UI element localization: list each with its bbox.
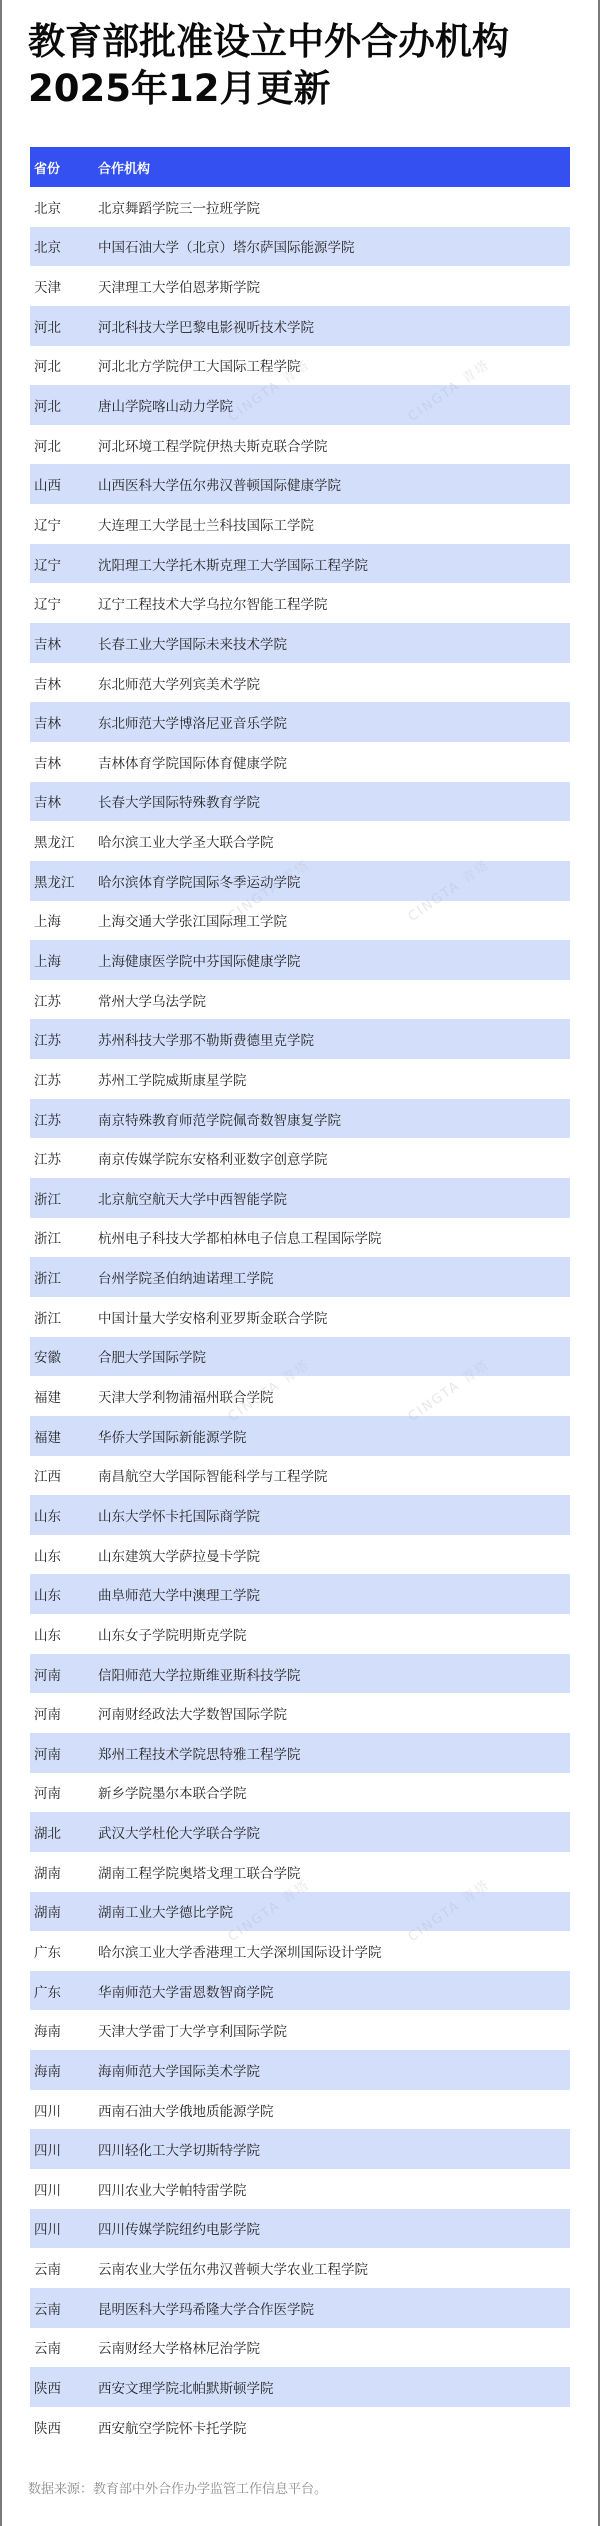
institutions-table: 省份 合作机构 北京北京舞蹈学院三一拉班学院北京中国石油大学（北京）塔尔萨国际能…: [30, 147, 570, 2447]
table-row: 黑龙江哈尔滨工业大学圣大联合学院: [30, 821, 570, 861]
institution-cell: 北京舞蹈学院三一拉班学院: [98, 197, 570, 217]
institution-cell: 上海交通大学张江国际理工学院: [98, 910, 570, 930]
province-cell: 吉林: [30, 752, 98, 772]
province-cell: 江西: [30, 1465, 98, 1485]
institution-cell: 华侨大学国际新能源学院: [98, 1426, 570, 1446]
institution-cell: 武汉大学杜伦大学联合学院: [98, 1822, 570, 1842]
institution-cell: 郑州工程技术学院思特雅工程学院: [98, 1743, 570, 1763]
table-row: 北京中国石油大学（北京）塔尔萨国际能源学院: [30, 227, 570, 267]
institution-cell: 天津大学利物浦福州联合学院: [98, 1386, 570, 1406]
table-row: 山东山东建筑大学萨拉曼卡学院: [30, 1535, 570, 1575]
table-row: 浙江台州学院圣伯纳迪诺理工学院: [30, 1257, 570, 1297]
table-row: 江西南昌航空大学国际智能科学与工程学院: [30, 1456, 570, 1496]
institution-cell: 辽宁工程技术大学乌拉尔智能工程学院: [98, 593, 570, 613]
table-row: 上海上海健康医学院中芬国际健康学院: [30, 940, 570, 980]
table-row: 山西山西医科大学伍尔弗汉普顿国际健康学院: [30, 464, 570, 504]
province-cell: 吉林: [30, 791, 98, 811]
province-cell: 浙江: [30, 1307, 98, 1327]
table-row: 陕西西安航空学院怀卡托学院: [30, 2407, 570, 2447]
institution-cell: 湖南工程学院奥塔戈理工联合学院: [98, 1862, 570, 1882]
province-cell: 河北: [30, 395, 98, 415]
table-row: 湖南湖南工程学院奥塔戈理工联合学院: [30, 1852, 570, 1892]
province-cell: 吉林: [30, 673, 98, 693]
province-cell: 浙江: [30, 1267, 98, 1287]
institution-cell: 哈尔滨工业大学香港理工大学深圳国际设计学院: [98, 1941, 570, 1961]
institution-cell: 东北师范大学博洛尼亚音乐学院: [98, 712, 570, 732]
institution-cell: 湖南工业大学德比学院: [98, 1901, 570, 1921]
province-cell: 山东: [30, 1505, 98, 1525]
institution-cell: 河北北方学院伊工大国际工程学院: [98, 355, 570, 375]
table-row: 北京北京舞蹈学院三一拉班学院: [30, 187, 570, 227]
province-cell: 云南: [30, 2337, 98, 2357]
institution-cell: 哈尔滨工业大学圣大联合学院: [98, 831, 570, 851]
column-header-institution: 合作机构: [98, 158, 570, 177]
table-row: 浙江北京航空航天大学中西智能学院: [30, 1178, 570, 1218]
table-row: 广东哈尔滨工业大学香港理工大学深圳国际设计学院: [30, 1931, 570, 1971]
province-cell: 黑龙江: [30, 871, 98, 891]
institution-cell: 山东建筑大学萨拉曼卡学院: [98, 1545, 570, 1565]
institution-cell: 四川农业大学帕特雷学院: [98, 2179, 570, 2199]
table-row: 海南天津大学雷丁大学亨利国际学院: [30, 2010, 570, 2050]
table-row: 黑龙江哈尔滨体育学院国际冬季运动学院: [30, 861, 570, 901]
table-row: 浙江杭州电子科技大学都柏林电子信息工程国际学院: [30, 1218, 570, 1258]
province-cell: 江苏: [30, 990, 98, 1010]
institution-cell: 台州学院圣伯纳迪诺理工学院: [98, 1267, 570, 1287]
province-cell: 上海: [30, 910, 98, 930]
province-cell: 吉林: [30, 633, 98, 653]
table-row: 上海上海交通大学张江国际理工学院: [30, 901, 570, 941]
data-source-note: 数据来源：教育部中外合作办学监管工作信息平台。: [28, 2478, 327, 2497]
table-row: 辽宁辽宁工程技术大学乌拉尔智能工程学院: [30, 583, 570, 623]
province-cell: 安徽: [30, 1346, 98, 1366]
table-row: 江苏南京传媒学院东安格利亚数字创意学院: [30, 1138, 570, 1178]
province-cell: 福建: [30, 1426, 98, 1446]
institution-cell: 天津大学雷丁大学亨利国际学院: [98, 2020, 570, 2040]
province-cell: 山东: [30, 1545, 98, 1565]
table-row: 河南郑州工程技术学院思特雅工程学院: [30, 1733, 570, 1773]
institution-cell: 昆明医科大学玛希隆大学合作医学院: [98, 2298, 570, 2318]
table-row: 云南云南农业大学伍尔弗汉普顿大学农业工程学院: [30, 2248, 570, 2288]
institution-cell: 沈阳理工大学托木斯克理工大学国际工程学院: [98, 554, 570, 574]
table-row: 四川西南石油大学俄地质能源学院: [30, 2090, 570, 2130]
table-row: 四川四川轻化工大学切斯特学院: [30, 2129, 570, 2169]
province-cell: 黑龙江: [30, 831, 98, 851]
province-cell: 广东: [30, 1941, 98, 1961]
institution-cell: 苏州工学院威斯康星学院: [98, 1069, 570, 1089]
institution-cell: 东北师范大学列宾美术学院: [98, 673, 570, 693]
province-cell: 江苏: [30, 1069, 98, 1089]
institution-cell: 常州大学乌法学院: [98, 990, 570, 1010]
province-cell: 海南: [30, 2060, 98, 2080]
institution-cell: 四川轻化工大学切斯特学院: [98, 2139, 570, 2159]
institution-cell: 北京航空航天大学中西智能学院: [98, 1188, 570, 1208]
institution-cell: 南京传媒学院东安格利亚数字创意学院: [98, 1148, 570, 1168]
table-row: 河南新乡学院墨尔本联合学院: [30, 1773, 570, 1813]
province-cell: 吉林: [30, 712, 98, 732]
province-cell: 河南: [30, 1743, 98, 1763]
table-row: 辽宁大连理工大学昆士兰科技国际工学院: [30, 504, 570, 544]
table-row: 陕西西安文理学院北帕默斯顿学院: [30, 2367, 570, 2407]
institution-cell: 合肥大学国际学院: [98, 1346, 570, 1366]
province-cell: 江苏: [30, 1109, 98, 1129]
table-row: 河南河南财经政法大学数智国际学院: [30, 1693, 570, 1733]
institution-cell: 苏州科技大学那不勒斯费德里克学院: [98, 1029, 570, 1049]
province-cell: 陕西: [30, 2417, 98, 2437]
institution-cell: 上海健康医学院中芬国际健康学院: [98, 950, 570, 970]
province-cell: 江苏: [30, 1148, 98, 1168]
province-cell: 河北: [30, 355, 98, 375]
province-cell: 河北: [30, 435, 98, 455]
province-cell: 海南: [30, 2020, 98, 2040]
province-cell: 河北: [30, 316, 98, 336]
institution-cell: 山东大学怀卡托国际商学院: [98, 1505, 570, 1525]
institution-cell: 西安文理学院北帕默斯顿学院: [98, 2377, 570, 2397]
table-row: 吉林吉林体育学院国际体育健康学院: [30, 742, 570, 782]
institution-cell: 河北环境工程学院伊热夫斯克联合学院: [98, 435, 570, 455]
province-cell: 四川: [30, 2100, 98, 2120]
table-row: 辽宁沈阳理工大学托木斯克理工大学国际工程学院: [30, 544, 570, 584]
province-cell: 河南: [30, 1664, 98, 1684]
table-row: 河南信阳师范大学拉斯维亚斯科技学院: [30, 1654, 570, 1694]
province-cell: 福建: [30, 1386, 98, 1406]
table-row: 湖南湖南工业大学德比学院: [30, 1892, 570, 1932]
province-cell: 山西: [30, 474, 98, 494]
table-row: 广东华南师范大学雷恩数智商学院: [30, 1971, 570, 2011]
province-cell: 湖北: [30, 1822, 98, 1842]
table-row: 福建天津大学利物浦福州联合学院: [30, 1376, 570, 1416]
province-cell: 浙江: [30, 1227, 98, 1247]
province-cell: 山东: [30, 1624, 98, 1644]
institution-cell: 中国计量大学安格利亚罗斯金联合学院: [98, 1307, 570, 1327]
institution-cell: 中国石油大学（北京）塔尔萨国际能源学院: [98, 236, 570, 256]
institution-cell: 南昌航空大学国际智能科学与工程学院: [98, 1465, 570, 1485]
institution-cell: 河北科技大学巴黎电影视听技术学院: [98, 316, 570, 336]
institution-cell: 云南财经大学格林尼治学院: [98, 2337, 570, 2357]
table-row: 河北河北北方学院伊工大国际工程学院: [30, 346, 570, 386]
province-cell: 北京: [30, 197, 98, 217]
province-cell: 云南: [30, 2258, 98, 2278]
table-row: 江苏常州大学乌法学院: [30, 980, 570, 1020]
title-line-2: 2025年12月更新: [28, 65, 588, 112]
institution-cell: 曲阜师范大学中澳理工学院: [98, 1584, 570, 1604]
table-row: 江苏南京特殊教育师范学院佩奇数智康复学院: [30, 1099, 570, 1139]
table-row: 河北河北环境工程学院伊热夫斯克联合学院: [30, 425, 570, 465]
institution-cell: 四川传媒学院纽约电影学院: [98, 2218, 570, 2238]
institution-cell: 长春工业大学国际未来技术学院: [98, 633, 570, 653]
institution-cell: 新乡学院墨尔本联合学院: [98, 1782, 570, 1802]
table-row: 福建华侨大学国际新能源学院: [30, 1416, 570, 1456]
table-row: 江苏苏州科技大学那不勒斯费德里克学院: [30, 1019, 570, 1059]
table-body: 北京北京舞蹈学院三一拉班学院北京中国石油大学（北京）塔尔萨国际能源学院天津天津理…: [30, 187, 570, 2447]
table-header: 省份 合作机构: [30, 147, 570, 187]
table-row: 云南昆明医科大学玛希隆大学合作医学院: [30, 2288, 570, 2328]
province-cell: 上海: [30, 950, 98, 970]
province-cell: 辽宁: [30, 554, 98, 574]
province-cell: 天津: [30, 276, 98, 296]
table-row: 四川四川农业大学帕特雷学院: [30, 2169, 570, 2209]
province-cell: 四川: [30, 2218, 98, 2238]
title-line-1: 教育部批准设立中外合办机构: [28, 18, 588, 65]
table-row: 吉林东北师范大学博洛尼亚音乐学院: [30, 702, 570, 742]
institution-cell: 河南财经政法大学数智国际学院: [98, 1703, 570, 1723]
institution-cell: 哈尔滨体育学院国际冬季运动学院: [98, 871, 570, 891]
province-cell: 江苏: [30, 1029, 98, 1049]
page-title: 教育部批准设立中外合办机构 2025年12月更新: [28, 18, 588, 112]
table-row: 四川四川传媒学院纽约电影学院: [30, 2209, 570, 2249]
institution-cell: 华南师范大学雷恩数智商学院: [98, 1981, 570, 2001]
province-cell: 北京: [30, 236, 98, 256]
table-row: 山东山东大学怀卡托国际商学院: [30, 1495, 570, 1535]
province-cell: 河南: [30, 1782, 98, 1802]
table-row: 海南海南师范大学国际美术学院: [30, 2050, 570, 2090]
institution-cell: 天津理工大学伯恩茅斯学院: [98, 276, 570, 296]
institution-cell: 长春大学国际特殊教育学院: [98, 791, 570, 811]
table-row: 天津天津理工大学伯恩茅斯学院: [30, 266, 570, 306]
province-cell: 四川: [30, 2179, 98, 2199]
province-cell: 陕西: [30, 2377, 98, 2397]
table-row: 云南云南财经大学格林尼治学院: [30, 2328, 570, 2368]
institution-cell: 山东女子学院明斯克学院: [98, 1624, 570, 1644]
frame-border-left: [0, 0, 2, 2526]
province-cell: 四川: [30, 2139, 98, 2159]
table-row: 河北河北科技大学巴黎电影视听技术学院: [30, 306, 570, 346]
province-cell: 广东: [30, 1981, 98, 2001]
table-row: 河北唐山学院喀山动力学院: [30, 385, 570, 425]
table-row: 浙江中国计量大学安格利亚罗斯金联合学院: [30, 1297, 570, 1337]
table-row: 吉林长春工业大学国际未来技术学院: [30, 623, 570, 663]
institution-cell: 杭州电子科技大学都柏林电子信息工程国际学院: [98, 1227, 570, 1247]
table-row: 山东曲阜师范大学中澳理工学院: [30, 1574, 570, 1614]
table-row: 安徽合肥大学国际学院: [30, 1337, 570, 1377]
province-cell: 湖南: [30, 1862, 98, 1882]
province-cell: 浙江: [30, 1188, 98, 1208]
province-cell: 辽宁: [30, 514, 98, 534]
province-cell: 山东: [30, 1584, 98, 1604]
column-header-province: 省份: [30, 158, 98, 177]
province-cell: 云南: [30, 2298, 98, 2318]
table-row: 吉林东北师范大学列宾美术学院: [30, 663, 570, 703]
institution-cell: 海南师范大学国际美术学院: [98, 2060, 570, 2080]
table-row: 湖北武汉大学杜伦大学联合学院: [30, 1812, 570, 1852]
institution-cell: 大连理工大学昆士兰科技国际工学院: [98, 514, 570, 534]
institution-cell: 唐山学院喀山动力学院: [98, 395, 570, 415]
table-row: 吉林长春大学国际特殊教育学院: [30, 782, 570, 822]
province-cell: 湖南: [30, 1901, 98, 1921]
institution-cell: 西南石油大学俄地质能源学院: [98, 2100, 570, 2120]
province-cell: 辽宁: [30, 593, 98, 613]
institution-cell: 信阳师范大学拉斯维亚斯科技学院: [98, 1664, 570, 1684]
institution-cell: 山西医科大学伍尔弗汉普顿国际健康学院: [98, 474, 570, 494]
table-row: 江苏苏州工学院威斯康星学院: [30, 1059, 570, 1099]
institution-cell: 吉林体育学院国际体育健康学院: [98, 752, 570, 772]
table-row: 山东山东女子学院明斯克学院: [30, 1614, 570, 1654]
institution-cell: 西安航空学院怀卡托学院: [98, 2417, 570, 2437]
institution-cell: 南京特殊教育师范学院佩奇数智康复学院: [98, 1109, 570, 1129]
institution-cell: 云南农业大学伍尔弗汉普顿大学农业工程学院: [98, 2258, 570, 2278]
province-cell: 河南: [30, 1703, 98, 1723]
